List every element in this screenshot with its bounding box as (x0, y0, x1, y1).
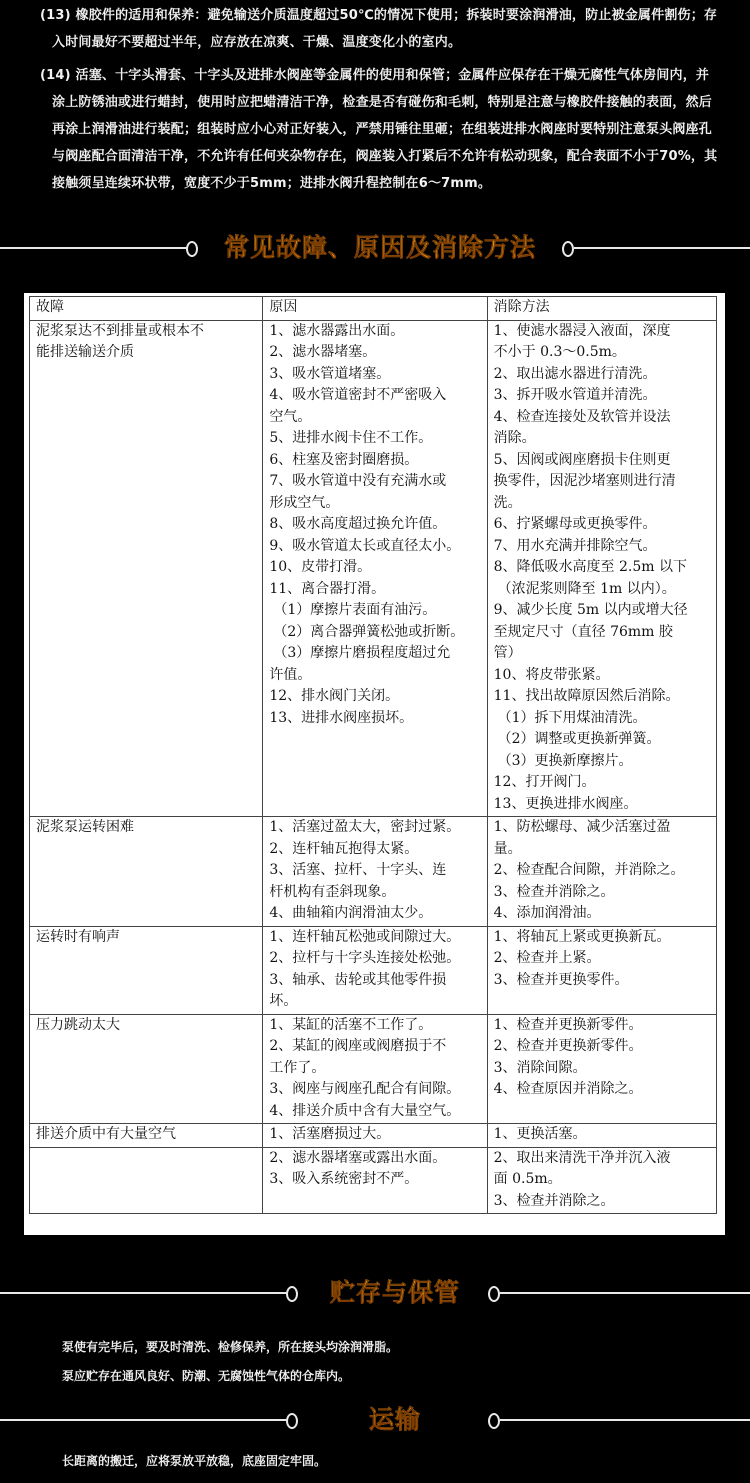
cell-text: 1、将轴瓦上紧或更换新瓦。 (494, 927, 712, 949)
cell-text: 2、检查并上紧。 (494, 948, 712, 970)
cell-text: 7、用水充满并排除空气。 (494, 536, 712, 558)
cell-text: 9、减少长度 5m 以内或增大径 (494, 600, 712, 622)
cell-text: 洗。 (494, 493, 712, 515)
section-title: 贮存与保管 (305, 1273, 485, 1313)
divider-knob-icon (562, 241, 574, 257)
cell-text: 9、吸水管道太长或直径太小。 (269, 536, 482, 558)
cell-text: （1）摩擦片表面有油污。 (269, 600, 482, 622)
cell-text: 5、因阀或阀座磨损卡住则更 (494, 450, 712, 472)
cell-text: 3、检查并更换零件。 (494, 970, 712, 992)
cell-text: 11、离合器打滑。 (269, 579, 482, 601)
cell-text: 1、活塞过盈太大，密封过紧。 (269, 817, 482, 839)
header-cause: 原因 (263, 297, 487, 321)
fault-cell: 排送介质中有大量空气 (30, 1124, 263, 1148)
cell-text: 能排送输送介质 (36, 342, 258, 364)
text-line: 接触须呈连续环状带，宽度不少于5mm；进排水阀升程控制在6～7mm。 (40, 170, 730, 197)
cell-text: 3、拆开吸水管道并清洗。 (494, 385, 712, 407)
cause-cell: 1、连杆轴瓦松弛或间隙过大。2、拉杆与十字头连接处松弛。3、轴承、齿轮或其他零件… (263, 926, 487, 1014)
cell-text: 10、皮带打滑。 (269, 557, 482, 579)
cell-text: （2）调整或更换新弹簧。 (494, 729, 712, 751)
cell-text: 泥浆泵运转困难 (36, 817, 258, 839)
cell-text: 消除。 (494, 428, 712, 450)
section-heading-faults: 常见故障、原因及消除方法 (0, 228, 750, 268)
fault-cell: 运转时有响声 (30, 926, 263, 1014)
intro-item-14: (14) 活塞、十字头滑套、十字头及进排水阀座等金属件的使用和保管；金属件应保存… (40, 62, 730, 197)
cell-text: 2、拉杆与十字头连接处松弛。 (269, 948, 482, 970)
table-row: 泥浆泵达不到排量或根本不能排送输送介质1、滤水器露出水面。2、滤水器堵塞。3、吸… (30, 320, 717, 817)
remedy-cell: 1、防松螺母、减少活塞过盈量。2、检查配合间隙，并消除之。3、检查并消除之。4、… (487, 817, 716, 927)
remedy-cell: 1、将轴瓦上紧或更换新瓦。2、检查并上紧。3、检查并更换零件。 (487, 926, 716, 1014)
cell-text: 压力跳动太大 (36, 1015, 258, 1037)
fault-cell: 压力跳动太大 (30, 1014, 263, 1124)
remedy-cell: 1、更换活塞。 (487, 1124, 716, 1148)
cell-text: 3、消除间隙。 (494, 1058, 712, 1080)
cell-text: 4、吸水管道密封不严密吸入 (269, 385, 482, 407)
cell-text: 3、检查并消除之。 (494, 1191, 712, 1213)
cell-text: 1、连杆轴瓦松弛或间隙过大。 (269, 927, 482, 949)
fault-cell: 泥浆泵运转困难 (30, 817, 263, 927)
cell-text: 3、活塞、拉杆、十字头、连 (269, 860, 482, 882)
cell-text: 3、吸水管道堵塞。 (269, 364, 482, 386)
cell-text: 3、阀座与阀座孔配合有间隙。 (269, 1079, 482, 1101)
cell-text: 排送介质中有大量空气 (36, 1124, 258, 1146)
cell-text: 工作了。 (269, 1058, 482, 1080)
cell-text: 4、添加润滑油。 (494, 903, 712, 925)
cell-text: 12、排水阀门关闭。 (269, 686, 482, 708)
remedy-cell: 1、使滤水器浸入液面，深度不小于 0.3～0.5m。2、取出滤水器进行清洗。3、… (487, 320, 716, 817)
fault-cell: 泥浆泵达不到排量或根本不能排送输送介质 (30, 320, 263, 817)
divider-line-left (0, 1419, 288, 1421)
cell-text: 形成空气。 (269, 493, 482, 515)
cause-cell: 1、滤水器露出水面。2、滤水器堵塞。3、吸水管道堵塞。4、吸水管道密封不严密吸入… (263, 320, 487, 817)
remedy-cell: 2、取出来清洗干净并沉入液面 0.5m。3、检查并消除之。 (487, 1147, 716, 1214)
table-row: 2、滤水器堵塞或露出水面。3、吸入系统密封不严。2、取出来清洗干净并沉入液面 0… (30, 1147, 717, 1214)
cell-text: （1）拆下用煤油清洗。 (494, 708, 712, 730)
cell-text: 12、打开阀门。 (494, 772, 712, 794)
cell-text: 3、轴承、齿轮或其他零件损 (269, 970, 482, 992)
cell-text: 5、进排水阀卡住不工作。 (269, 428, 482, 450)
divider-line-right (500, 1292, 750, 1294)
fault-table: 故障 原因 消除方法 泥浆泵达不到排量或根本不能排送输送介质1、滤水器露出水面。… (29, 296, 717, 1214)
text-line: 入时间最好不要超过半年，应存放在凉爽、干燥、温度变化小的室内。 (40, 29, 730, 56)
cell-text: （2）离合器弹簧松弛或折断。 (269, 622, 482, 644)
cell-text: 管） (494, 643, 712, 665)
text-line: (13) 橡胶件的适用和保养：避免输送介质温度超过50℃的情况下使用；拆装时要涂… (40, 2, 730, 29)
divider-line-right (574, 247, 750, 249)
cell-text: 3、检查并消除之。 (494, 882, 712, 904)
cell-text: 1、某缸的活塞不工作了。 (269, 1015, 482, 1037)
cell-text: （3）摩擦片磨损程度超过允 (269, 643, 482, 665)
cell-text: 13、更换进排水阀座。 (494, 794, 712, 816)
cell-text: 10、将皮带张紧。 (494, 665, 712, 687)
table-header-row: 故障 原因 消除方法 (30, 297, 717, 321)
cell-text: 1、滤水器露出水面。 (269, 321, 482, 343)
cause-cell: 1、活塞磨损过大。 (263, 1124, 487, 1148)
cell-text: 1、活塞磨损过大。 (269, 1124, 482, 1146)
section-title: 常见故障、原因及消除方法 (205, 228, 555, 268)
remedy-cell: 1、检查并更换新零件。2、检查并更换新零件。3、消除间隙。4、检查原因并消除之。 (487, 1014, 716, 1124)
cell-text: 4、曲轴箱内润滑油太少。 (269, 903, 482, 925)
divider-line-left (0, 247, 188, 249)
cause-cell: 1、活塞过盈太大，密封过紧。2、连杆轴瓦抱得太紧。3、活塞、拉杆、十字头、连杆机… (263, 817, 487, 927)
cell-text: 8、吸水高度超过换允许值。 (269, 514, 482, 536)
cell-text: 2、连杆轴瓦抱得太紧。 (269, 839, 482, 861)
divider-line-left (0, 1292, 288, 1294)
cell-text: 空气。 (269, 407, 482, 429)
cell-text: 2、滤水器堵塞或露出水面。 (269, 1148, 482, 1170)
cell-text: 换零件，因泥沙堵塞则进行清 (494, 471, 712, 493)
transport-paragraph: 长距离的搬迁，应将泵放平放稳，底座固定牢固。 (62, 1452, 326, 1469)
table-row: 运转时有响声1、连杆轴瓦松弛或间隙过大。2、拉杆与十字头连接处松弛。3、轴承、齿… (30, 926, 717, 1014)
cell-text: 坏。 (269, 991, 482, 1013)
cell-text: 1、使滤水器浸入液面，深度 (494, 321, 712, 343)
cell-text: 2、滤水器堵塞。 (269, 342, 482, 364)
text-line: 再涂上润滑油进行装配；组装时应小心对正好装入，严禁用锤往里砸；在组装进排水阀座时… (40, 116, 730, 143)
cell-text: 7、吸水管道中没有充满水或 (269, 471, 482, 493)
storage-paragraph: 泵使有完毕后，要及时清洗、检修保养，所在接头均涂润滑脂。 (62, 1338, 398, 1355)
text-line: (14) 活塞、十字头滑套、十字头及进排水阀座等金属件的使用和保管；金属件应保存… (40, 62, 730, 89)
intro-item-13: (13) 橡胶件的适用和保养：避免输送介质温度超过50℃的情况下使用；拆装时要涂… (40, 2, 730, 56)
cell-text: 4、排送介质中含有大量空气。 (269, 1101, 482, 1123)
section-heading-storage: 贮存与保管 (0, 1273, 750, 1313)
cell-text: 1、防松螺母、减少活塞过盈 (494, 817, 712, 839)
header-fault: 故障 (30, 297, 263, 321)
section-title: 运输 (340, 1400, 450, 1440)
cell-text: 量。 (494, 839, 712, 861)
cause-cell: 2、滤水器堵塞或露出水面。3、吸入系统密封不严。 (263, 1147, 487, 1214)
cell-text: 运转时有响声 (36, 927, 258, 949)
cell-text: 1、检查并更换新零件。 (494, 1015, 712, 1037)
cell-text: 6、柱塞及密封圈磨损。 (269, 450, 482, 472)
table-row: 泥浆泵运转困难1、活塞过盈太大，密封过紧。2、连杆轴瓦抱得太紧。3、活塞、拉杆、… (30, 817, 717, 927)
cell-text: 6、拧紧螺母或更换零件。 (494, 514, 712, 536)
cell-text: 4、检查原因并消除之。 (494, 1079, 712, 1101)
cell-text: 许值。 (269, 665, 482, 687)
divider-knob-icon (286, 1413, 298, 1429)
cell-text: 杆机构有歪斜现象。 (269, 882, 482, 904)
cell-text: 2、某缸的阀座或阀磨损于不 (269, 1036, 482, 1058)
text-line: 涂上防锈油或进行蜡封，使用时应把蜡清洁干净，检查是否有碰伤和毛刺，特别是注意与橡… (40, 89, 730, 116)
header-remedy: 消除方法 (487, 297, 716, 321)
cell-text: 11、找出故障原因然后消除。 (494, 686, 712, 708)
table-row: 压力跳动太大1、某缸的活塞不工作了。2、某缸的阀座或阀磨损于不工作了。3、阀座与… (30, 1014, 717, 1124)
cell-text: （浓泥浆则降至 1m 以内）。 (494, 579, 712, 601)
cell-text: 泥浆泵达不到排量或根本不 (36, 321, 258, 343)
cell-text: 2、检查并更换新零件。 (494, 1036, 712, 1058)
cell-text: 3、吸入系统密封不严。 (269, 1169, 482, 1191)
cell-text: 8、降低吸水高度至 2.5m 以下 (494, 557, 712, 579)
section-heading-transport: 运输 (0, 1400, 750, 1440)
fault-cell (30, 1147, 263, 1214)
divider-knob-icon (488, 1286, 500, 1302)
table-row: 排送介质中有大量空气1、活塞磨损过大。1、更换活塞。 (30, 1124, 717, 1148)
cell-text: 4、检查连接处及软管并设法 (494, 407, 712, 429)
cause-cell: 1、某缸的活塞不工作了。2、某缸的阀座或阀磨损于不工作了。3、阀座与阀座孔配合有… (263, 1014, 487, 1124)
cell-text: 2、取出来清洗干净并沉入液 (494, 1148, 712, 1170)
divider-knob-icon (488, 1413, 500, 1429)
cell-text: （3）更换新摩擦片。 (494, 751, 712, 773)
cell-text: 面 0.5m。 (494, 1169, 712, 1191)
cell-text: 2、检查配合间隙，并消除之。 (494, 860, 712, 882)
storage-paragraph: 泵应贮存在通风良好、防潮、无腐蚀性气体的仓库内。 (62, 1367, 350, 1384)
fault-table-panel: 故障 原因 消除方法 泥浆泵达不到排量或根本不能排送输送介质1、滤水器露出水面。… (24, 293, 725, 1235)
cell-text: 2、取出滤水器进行清洗。 (494, 364, 712, 386)
cell-text: 不小于 0.3～0.5m。 (494, 342, 712, 364)
divider-line-right (500, 1419, 750, 1421)
divider-knob-icon (186, 241, 198, 257)
cell-text: 至规定尺寸（直径 76mm 胶 (494, 622, 712, 644)
cell-text: 1、更换活塞。 (494, 1124, 712, 1146)
text-line: 与阀座配合面清洁干净，不允许有任何夹杂物存在，阀座装入打紧后不允许有松动现象，配… (40, 143, 730, 170)
cell-text: 13、进排水阀座损坏。 (269, 708, 482, 730)
divider-knob-icon (286, 1286, 298, 1302)
